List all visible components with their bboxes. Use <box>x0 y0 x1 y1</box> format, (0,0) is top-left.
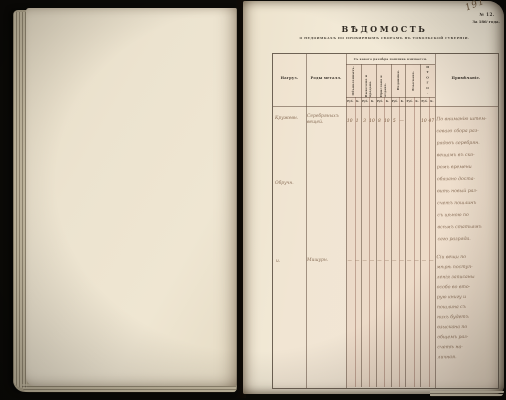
header-units-group-1: Руб.К. <box>361 97 376 106</box>
header-units-group-2: Руб.К. <box>376 97 391 106</box>
amount-cell: 47 <box>428 119 435 128</box>
unit-rub-label: Руб. <box>346 100 355 103</box>
amount-cell: — <box>361 259 368 267</box>
amount-cell: — <box>428 259 435 267</box>
amount-cell: 10 <box>383 119 390 128</box>
header-duty-group-label: Недоимки. <box>396 70 400 90</box>
scanned-ledger-photo: 191 № 12. За 186⁄ года. ВѢДОМОСТЬ О НЕДО… <box>0 0 506 400</box>
table-grid-line <box>420 64 421 387</box>
table-grid-line <box>376 64 377 387</box>
header-duty-group-5: ИТОГО. <box>420 64 435 97</box>
header-units-group-3: Руб.К. <box>391 97 406 106</box>
table-grid-line <box>361 64 362 387</box>
amount-cell <box>405 119 412 128</box>
document-subtitle: О НЕДОИМКАХЪ ПО ПРОБИРНЫМЪ СБОРАМЪ ВЪ ТО… <box>262 36 506 40</box>
printed-doc-number: № 12. <box>470 12 504 17</box>
row2-kind-entry: Мишурн. <box>307 258 345 263</box>
amount-cell: — <box>353 259 360 267</box>
row1-handwritten-note: По вниманію штем- севаго сбора раз- рядо… <box>436 114 495 247</box>
unit-rub-label: Руб. <box>420 100 429 103</box>
unit-kop-label: К. <box>429 100 435 103</box>
table-grid-line <box>429 97 430 387</box>
amount-cell: — <box>383 259 390 267</box>
table-grid-line <box>369 97 370 387</box>
amount-cell: — <box>398 259 405 267</box>
table-grid-line <box>391 64 392 387</box>
amount-cell: 5 <box>391 119 398 128</box>
row1-district-entry: Кружевн. <box>275 116 305 121</box>
table-grid-line <box>306 54 307 388</box>
header-units-group-5: Руб.К. <box>420 97 435 106</box>
header-duty-group-label: Объявленныхъ. <box>351 66 355 95</box>
header-duty-group-label: Вывезено и продано. <box>364 64 372 97</box>
amount-cell: — <box>420 259 427 267</box>
right-page-under-edge <box>430 391 504 397</box>
amount-cell: — <box>413 259 420 267</box>
header-duty-group-2: Прислано и отдано. <box>376 64 391 97</box>
unit-rub-label: Руб. <box>391 100 400 103</box>
header-units-group-4: Руб.К. <box>405 97 420 106</box>
row2-district-entry: и. <box>276 259 304 264</box>
row2-handwritten-note: Сіи вещи по мѣрѣ поступ- ленія записаны … <box>436 253 495 364</box>
unit-rub-label: Руб. <box>361 100 370 103</box>
amount-cell: 3 <box>361 119 368 128</box>
unit-rub-label: Руб. <box>376 100 385 103</box>
header-duty-group-1: Вывезено и продано. <box>361 64 376 97</box>
amount-cell: — <box>376 259 383 267</box>
table-grid-line <box>435 54 436 388</box>
amount-cell <box>413 119 420 128</box>
row1-kind-entry: Серебряныхъ вещей. <box>307 114 345 126</box>
row1-amount-cells: 1013108105—1047 <box>346 119 435 128</box>
header-duty-group-0: Объявленныхъ. <box>346 64 361 97</box>
table-grid-line <box>399 97 400 387</box>
left-blank-page <box>26 8 237 386</box>
document-title: ВѢДОМОСТЬ <box>272 24 497 34</box>
header-duty-group-label: Взыскано. <box>411 71 415 91</box>
amount-cell: — <box>398 119 405 128</box>
amount-cell: 1 <box>353 119 360 128</box>
header-duty-group-label: Прислано и отдано. <box>379 64 387 97</box>
amount-cell: 10 <box>346 119 353 128</box>
mid-district-entry: Обручн. <box>275 181 305 186</box>
table-grid-line <box>405 64 406 387</box>
row2-amount-cells: ———————————— <box>346 259 435 267</box>
amount-cell: — <box>405 259 412 267</box>
amount-cell: — <box>368 259 375 267</box>
table-grid-line <box>273 106 498 107</box>
amount-cell: 10 <box>420 119 427 128</box>
header-units-group-0: Руб.К. <box>346 97 361 106</box>
amount-cell: 8 <box>376 119 383 128</box>
amount-cell: — <box>346 259 353 267</box>
header-duty-group-4: Взыскано. <box>405 64 420 97</box>
header-duty-group-3: Недоимки. <box>391 64 406 97</box>
unit-rub-label: Руб. <box>405 100 414 103</box>
left-page-edge-lines <box>13 12 27 388</box>
ledger-table: Нагруз. Роды металл. Съ какого размѣра п… <box>272 53 499 389</box>
table-grid-line <box>355 97 356 387</box>
amount-cell: — <box>391 259 398 267</box>
table-grid-line <box>414 97 415 387</box>
header-total-label: ИТОГО. <box>426 65 430 96</box>
amount-cell: 10 <box>368 119 375 128</box>
table-grid-line <box>384 97 385 387</box>
